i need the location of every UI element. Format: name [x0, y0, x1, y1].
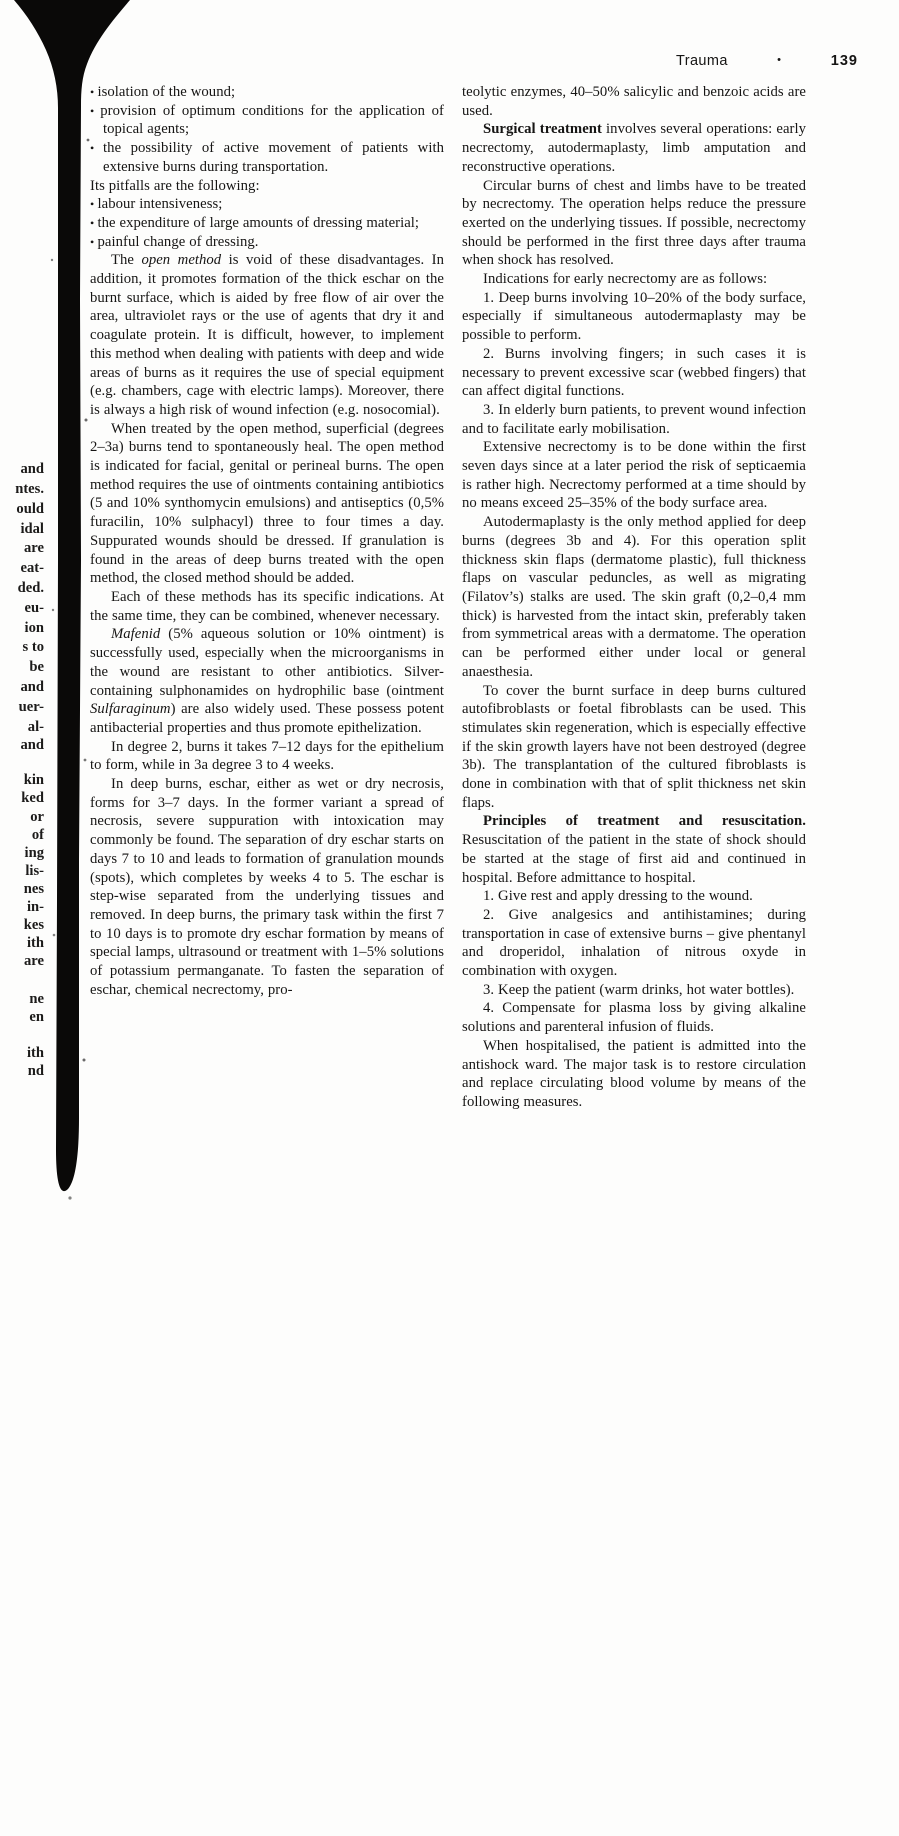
section-title: Trauma: [676, 53, 728, 69]
text-run: labour intensiveness;: [98, 196, 223, 212]
text-run: In degree 2, burns it takes 7–12 days fo…: [90, 739, 444, 774]
scanned-book-page: Trauma • 139 andntes.ouldidalareeat-ded.…: [0, 0, 899, 1836]
bullet-marker: •: [90, 216, 98, 230]
paragraph: In degree 2, burns it takes 7–12 days fo…: [90, 738, 444, 775]
text-run: 2. Burns involving fingers; in such case…: [462, 346, 806, 399]
text-run: Each of these methods has its specific i…: [90, 589, 444, 624]
gutter-fragment: s to: [0, 639, 44, 656]
text-run: the expenditure of large amounts of dres…: [98, 215, 420, 231]
text-run: Its pitfalls are the following:: [90, 178, 260, 194]
text-run: 4. Compensate for plasma loss by giving …: [462, 1000, 806, 1035]
paragraph: Indications for early necrectomy are as …: [462, 270, 806, 289]
paragraph: When hospitalised, the patient is admitt…: [462, 1037, 806, 1112]
paragraph: • the possibility of active movement of …: [90, 139, 444, 176]
paragraph: 1. Give rest and apply dressing to the w…: [462, 887, 806, 906]
gutter-fragment: kin: [0, 772, 44, 789]
paragraph: Principles of treatment and resuscitatio…: [462, 812, 806, 887]
italic-run: open method: [141, 252, 221, 268]
gutter-fragment: eu-: [0, 600, 44, 617]
paragraph: • isolation of the wound;: [90, 83, 444, 102]
paragraph: • the expenditure of large amounts of dr…: [90, 214, 444, 233]
paragraph: 2. Burns involving fingers; in such case…: [462, 345, 806, 401]
gutter-fragment: ith: [0, 1045, 44, 1062]
text-run: Circular burns of chest and limbs have t…: [462, 178, 806, 269]
gutter-fragment: kes: [0, 917, 44, 934]
paragraph: • labour intensiveness;: [90, 195, 444, 214]
bullet-marker: •: [90, 197, 98, 211]
gutter-fragment: or: [0, 809, 44, 826]
gutter-fragment: al-: [0, 719, 44, 736]
paragraph: Surgical treatment involves several oper…: [462, 120, 806, 176]
column-left: • isolation of the wound;• provision of …: [90, 83, 444, 999]
paragraph: • provision of optimum conditions for th…: [90, 102, 444, 139]
text-run: When hospitalised, the patient is admitt…: [462, 1038, 806, 1110]
text-run: 1. Deep burns involving 10–20% of the bo…: [462, 290, 806, 343]
paragraph: To cover the burnt surface in deep burns…: [462, 682, 806, 813]
paragraph: Its pitfalls are the following:: [90, 177, 444, 196]
text-run: When treated by the open method, superfi…: [90, 421, 444, 587]
gutter-fragment: idal: [0, 521, 44, 538]
text-run: 3. Keep the patient (warm drinks, hot wa…: [483, 982, 794, 998]
paragraph: Each of these methods has its specific i…: [90, 588, 444, 625]
text-run: 2. Give analgesics and antihistamines; d…: [462, 907, 806, 979]
text-run: 1. Give rest and apply dressing to the w…: [483, 888, 753, 904]
gutter-fragment: and: [0, 679, 44, 696]
text-run: Autodermaplasty is the only method appli…: [462, 514, 806, 680]
gutter-fragment: lis-: [0, 863, 44, 880]
paragraph: Autodermaplasty is the only method appli…: [462, 513, 806, 681]
gutter-fragment: ould: [0, 501, 44, 518]
paragraph: Mafenid (5% aqueous solution or 10% oint…: [90, 625, 444, 737]
text-run: painful change of dressing.: [98, 234, 259, 250]
text-run: Resuscitation of the patient in the stat…: [462, 832, 806, 885]
text-run: isolation of the wound;: [98, 84, 236, 100]
paragraph: 3. In elderly burn patients, to prevent …: [462, 401, 806, 438]
gutter-fragment: ing: [0, 845, 44, 862]
paragraph: teolytic enzymes, 40–50% salicylic and b…: [462, 83, 806, 120]
text-run: In deep burns, eschar, either as wet or …: [90, 776, 444, 998]
bullet-marker: •: [90, 104, 100, 118]
text-run: Extensive necrectomy is to be done withi…: [462, 439, 806, 511]
paragraph: In deep burns, eschar, either as wet or …: [90, 775, 444, 999]
gutter-fragment: and: [0, 461, 44, 478]
bullet-marker: •: [90, 85, 98, 99]
paragraph: 3. Keep the patient (warm drinks, hot wa…: [462, 981, 806, 1000]
gutter-fragment: are: [0, 540, 44, 557]
paragraph: 1. Deep burns involving 10–20% of the bo…: [462, 289, 806, 345]
gutter-fragment: are: [0, 953, 44, 970]
gutter-fragment: uer-: [0, 699, 44, 716]
column-right: teolytic enzymes, 40–50% salicylic and b…: [462, 83, 806, 1112]
gutter-fragment: and: [0, 737, 44, 754]
gutter-fragment: ked: [0, 790, 44, 807]
gutter-fragment: of: [0, 827, 44, 844]
gutter-fragment: ne: [0, 991, 44, 1008]
gutter-fragment: en: [0, 1009, 44, 1026]
text-run: provision of optimum conditions for the …: [100, 103, 444, 138]
gutter-fragment: ntes.: [0, 481, 44, 498]
paragraph: • painful change of dressing.: [90, 233, 444, 252]
gutter-fragment: ith: [0, 935, 44, 952]
text-run: Indications for early necrectomy are as …: [483, 271, 767, 287]
paragraph: 2. Give analgesics and antihistamines; d…: [462, 906, 806, 981]
gutter-fragment: nd: [0, 1063, 44, 1080]
bullet-marker: •: [90, 235, 98, 249]
running-header: Trauma • 139: [676, 53, 858, 69]
gutter-fragment: eat-: [0, 560, 44, 577]
page-number: 139: [831, 53, 858, 69]
italic-run: Mafenid: [111, 626, 160, 642]
bullet-marker: •: [90, 141, 103, 155]
paragraph: Circular burns of chest and limbs have t…: [462, 177, 806, 271]
paragraph: Extensive necrectomy is to be done withi…: [462, 438, 806, 513]
gutter-fragment: be: [0, 659, 44, 676]
header-bullet-separator: •: [777, 54, 781, 66]
paragraph: 4. Compensate for plasma loss by giving …: [462, 999, 806, 1036]
gutter-fragment: ion: [0, 620, 44, 637]
italic-run: Sulfaraginum: [90, 701, 171, 717]
gutter-fragment: nes: [0, 881, 44, 898]
bold-run: Principles of treatment and resuscitatio…: [483, 813, 806, 829]
paragraph: When treated by the open method, superfi…: [90, 420, 444, 588]
text-run: To cover the burnt surface in deep burns…: [462, 683, 806, 811]
bold-run: Surgical treatment: [483, 121, 602, 137]
text-run: 3. In elderly burn patients, to prevent …: [462, 402, 806, 437]
text-run: the possibility of active movement of pa…: [103, 140, 444, 175]
gutter-fragment: ded.: [0, 580, 44, 597]
gutter-fragment: in-: [0, 899, 44, 916]
text-run: teolytic enzymes, 40–50% salicylic and b…: [462, 84, 806, 119]
paragraph: The open method is void of these disadva…: [90, 251, 444, 419]
text-run: The: [111, 252, 141, 268]
text-run: is void of these disadvantages. In addit…: [90, 252, 444, 418]
